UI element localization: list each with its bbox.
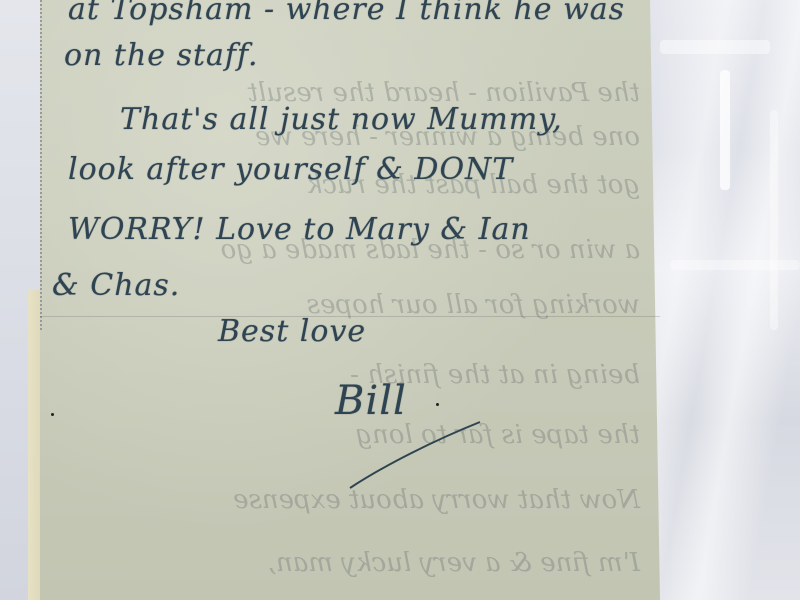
letter-line: That's all just now Mummy, <box>120 102 563 137</box>
signature-underline-flourish <box>345 410 485 490</box>
letter-line: & Chas. <box>52 268 180 303</box>
glare-streak <box>670 260 800 270</box>
bleed-through-line: I'm fine & a very lucky man, <box>60 548 640 578</box>
letter-line: on the staff. <box>64 38 259 73</box>
letter-line: WORRY! Love to Mary & Ian <box>68 212 531 247</box>
glare-streak <box>720 70 730 190</box>
closing-text: Best love <box>218 314 366 349</box>
letter-line: at Topsham - where I think he was <box>68 0 625 27</box>
glare-streak <box>770 110 778 330</box>
perforated-edge <box>40 0 50 330</box>
glare-streak <box>660 40 770 54</box>
ink-dot <box>436 403 439 406</box>
plastic-sleeve <box>650 0 800 600</box>
letter-line: look after yourself & DONT <box>68 152 513 187</box>
ink-dot <box>51 413 54 416</box>
